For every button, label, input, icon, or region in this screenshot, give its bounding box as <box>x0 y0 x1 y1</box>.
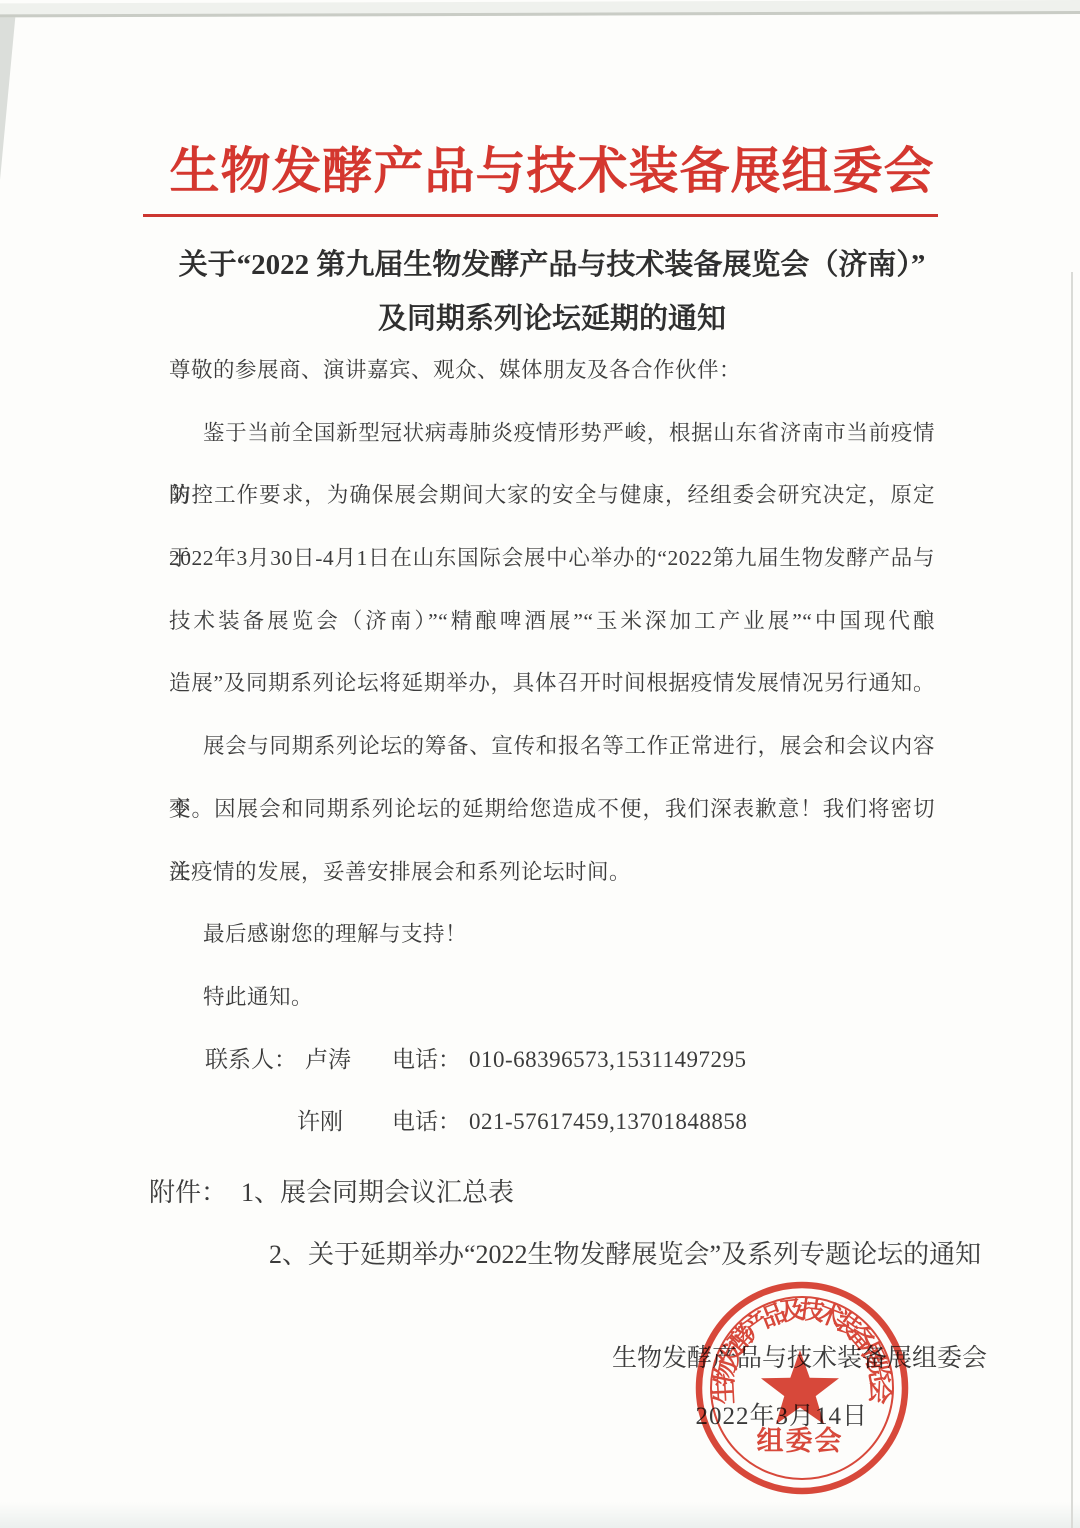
seal-bottom-text: 组委会 <box>757 1426 844 1456</box>
body-line: 最后感谢您的理解与支持！ <box>169 903 935 966</box>
attachment-row-1: 附件：1、展会同期会议汇总表 <box>169 1162 935 1224</box>
attachment-row-2: 2、关于延期举办“2022生物发酵展览会”及系列专题论坛的通知 <box>169 1224 935 1286</box>
contact-row-1: 联系人：卢涛 电话：010-68396573,15311497295 <box>169 1029 935 1092</box>
body-line: 注疫情的发展，妥善安排展会和系列论坛时间。 <box>169 841 935 904</box>
body-line: 防控工作要求，为确保展会期间大家的安全与健康，经组委会研究决定，原定于 <box>169 464 935 527</box>
scan-bottom-haze <box>0 1502 1080 1528</box>
contact-name: 卢涛 <box>305 1047 351 1072</box>
official-seal: 生物发酵产品及技术装备展览会 组委会 <box>692 1278 912 1498</box>
body-line: 鉴于当前全国新型冠状病毒肺炎疫情形势严峻，根据山东省济南市当前疫情的 <box>169 402 935 465</box>
body-line: 特此通知。 <box>169 966 935 1029</box>
scanned-notice-page: 生物发酵产品与技术装备展组委会 关于“2022 第九届生物发酵产品与技术装备展览… <box>0 0 1080 1528</box>
phone-number: 021-57617459,13701848858 <box>469 1109 747 1134</box>
contact-phone: 电话：021-57617459,13701848858 <box>392 1091 747 1154</box>
phone-label: 电话： <box>392 1047 461 1072</box>
document-content: 生物发酵产品与技术装备展组委会 关于“2022 第九届生物发酵产品与技术装备展览… <box>169 140 935 1446</box>
body-line: 展会与同期系列论坛的筹备、宣传和报名等工作正常进行，展会和会议内容不 <box>169 715 935 778</box>
organizer-title: 生物发酵产品与技术装备展组委会 <box>169 140 935 202</box>
attachment-item: 1、展会同期会议汇总表 <box>241 1178 514 1207</box>
contact-row-2: 许刚 电话：021-57617459,13701848858 <box>169 1091 935 1154</box>
body-line: 变。因展会和同期系列论坛的延期给您造成不便，我们深表歉意！我们将密切关 <box>169 778 935 841</box>
body-lines: 尊敬的参展商、演讲嘉宾、观众、媒体朋友及各合作伙伴：鉴于当前全国新型冠状病毒肺炎… <box>169 339 935 1029</box>
body-line: 造展”及同期系列论坛将延期举办，具体召开时间根据疫情发展情况另行通知。 <box>169 652 935 715</box>
scan-left-edge <box>0 10 16 180</box>
notice-title-line1: 关于“2022 第九届生物发酵产品与技术装备展览会（济南）” <box>169 245 935 285</box>
body-line: 2022年3月30日-4月1日在山东国际会展中心举办的“2022第九届生物发酵产… <box>169 527 935 590</box>
attachment-label: 附件： <box>149 1178 227 1207</box>
phone-label: 电话： <box>392 1109 461 1134</box>
seal-star <box>761 1350 839 1424</box>
scan-top-edge <box>0 0 1080 17</box>
attachment-item: 2、关于延期举办“2022生物发酵展览会”及系列专题论坛的通知 <box>269 1240 981 1269</box>
attachments: 附件：1、展会同期会议汇总表 2、关于延期举办“2022生物发酵展览会”及系列专… <box>169 1162 935 1286</box>
body-line: 技术装备展览会（济南）”“精酿啤酒展”“玉米深加工产业展”“中国现代酿 <box>169 590 935 653</box>
contact-name: 许刚 <box>297 1109 343 1134</box>
notice-title-line2: 及同期系列论坛延期的通知 <box>169 299 935 339</box>
title-underline <box>143 214 938 217</box>
contact-phone: 电话：010-68396573,15311497295 <box>392 1029 747 1092</box>
contact-label: 联系人： <box>205 1047 297 1072</box>
phone-number: 010-68396573,15311497295 <box>469 1047 747 1072</box>
seal-ring-char: 会 <box>865 1379 895 1405</box>
scan-right-page-edge <box>1071 272 1073 1528</box>
body-line: 尊敬的参展商、演讲嘉宾、观众、媒体朋友及各合作伙伴： <box>169 339 935 402</box>
